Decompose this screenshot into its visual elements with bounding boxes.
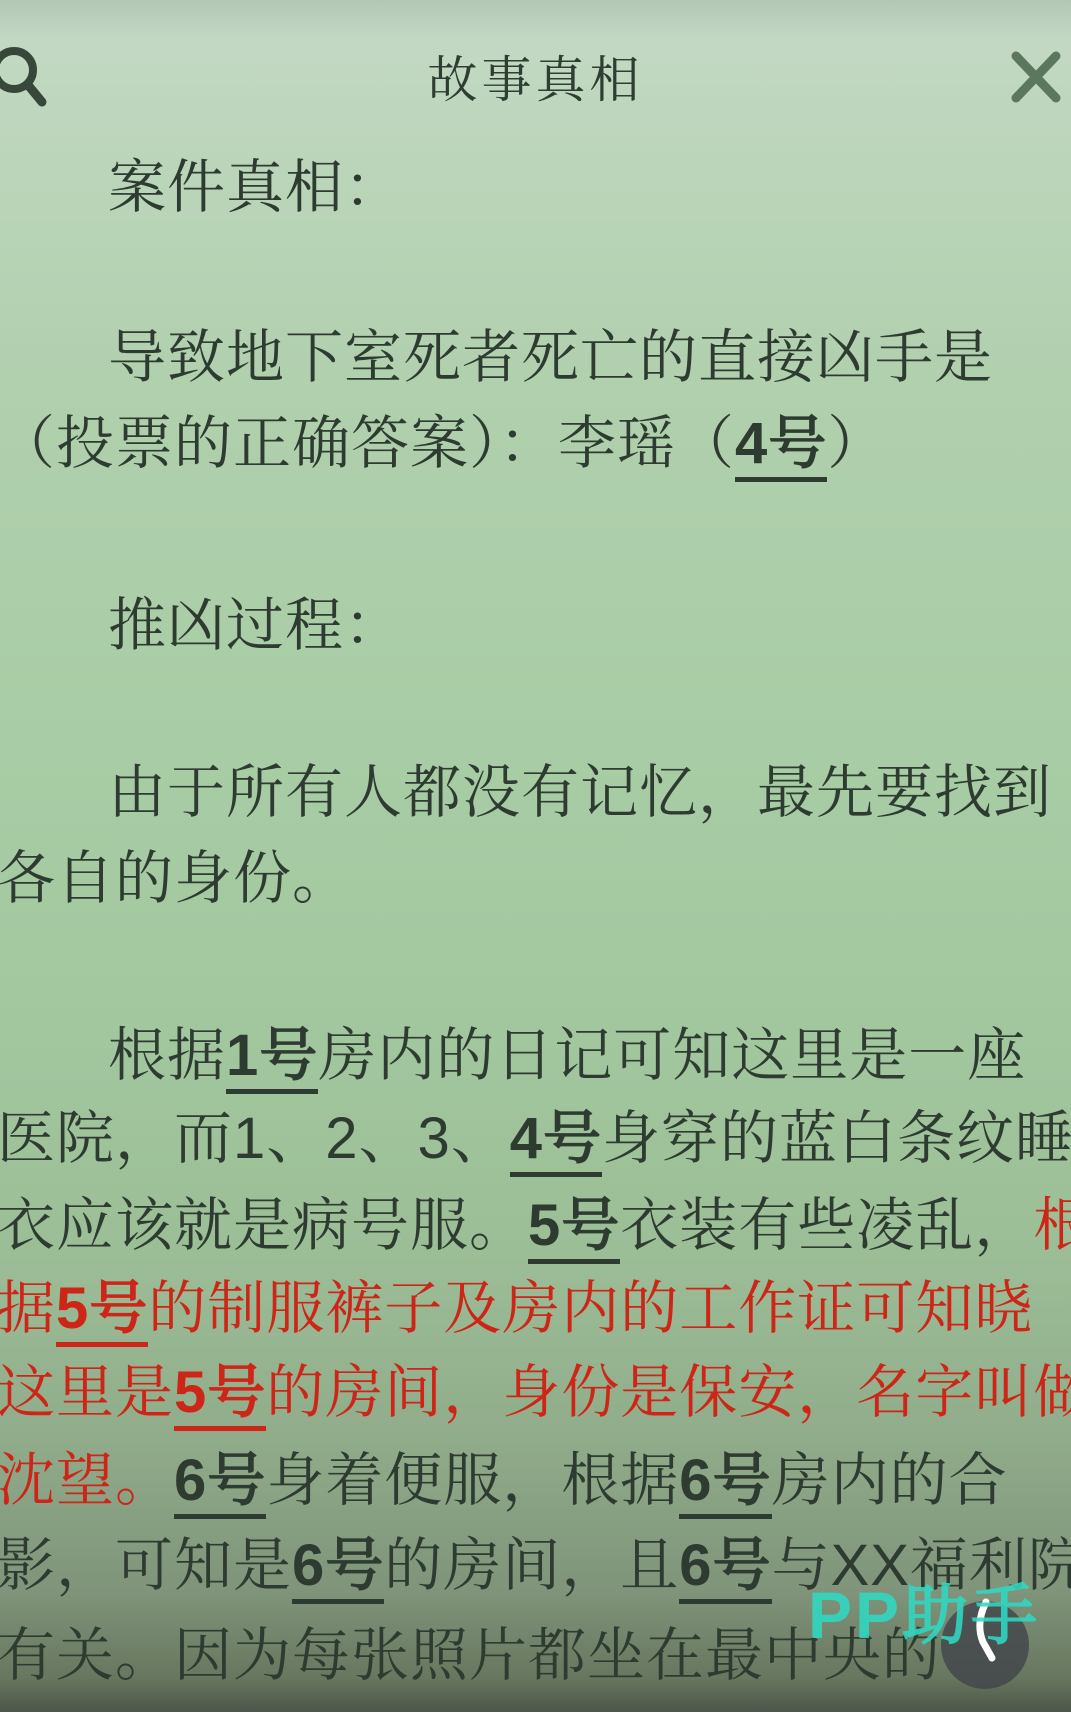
highlighted-number: 5号	[56, 1276, 148, 1347]
text-segment: 由于所有人都没有记忆，最先要找到	[108, 760, 1052, 825]
text-segment: 的制服裤子及房内的工作证可知晓	[148, 1276, 1033, 1341]
text-segment: 影，可知是	[0, 1533, 292, 1598]
text-segment: 根	[1033, 1193, 1071, 1258]
text-segment: 各自的身份。	[0, 846, 351, 911]
text-segment: 案件真相：	[108, 155, 403, 220]
text-segment: ）	[827, 411, 886, 476]
text-line: 沈望。6号身着便服，根据6号房内的合	[0, 1443, 1008, 1519]
text-line: 据5号的制服裤子及房内的工作证可知晓	[0, 1271, 1033, 1347]
watermark-label: PP助手	[808, 1562, 1040, 1657]
text-segment: 这里是	[0, 1360, 174, 1425]
highlighted-number: 6号	[292, 1533, 384, 1604]
text-segment: 根据	[108, 1023, 226, 1088]
highlighted-number: 6号	[679, 1533, 771, 1604]
text-segment: 沈望。	[0, 1448, 174, 1513]
text-segment: （投票的正确答案）：李瑶（	[0, 411, 735, 476]
text-segment: 导致地下室死者死亡的直接凶手是	[108, 325, 993, 390]
text-segment: 的房间，且	[384, 1533, 679, 1598]
text-segment: 有关。因为每张照片都坐在最中央的	[0, 1623, 941, 1688]
text-segment: 身着便服，根据	[266, 1448, 679, 1513]
text-line: 衣应该就是病号服。5号衣装有些凌乱，根	[0, 1188, 1071, 1264]
text-segment: 身穿的蓝白条纹睡	[602, 1106, 1071, 1171]
text-line: 医院，而1、2、3、4号身穿的蓝白条纹睡	[0, 1101, 1071, 1177]
text-line: 这里是5号的房间，身份是保安，名字叫做	[0, 1355, 1071, 1431]
text-line: 各自的身份。	[0, 841, 351, 917]
highlighted-number: 5号	[174, 1360, 266, 1431]
story-truth-page: 故事真相 案件真相：导致地下室死者死亡的直接凶手是（投票的正确答案）：李瑶（4号…	[0, 0, 1071, 1712]
highlighted-number: 4号	[735, 411, 827, 482]
highlighted-number: 4号	[510, 1106, 602, 1177]
text-line: 根据1号房内的日记可知这里是一座	[0, 1018, 1026, 1094]
highlighted-number: 6号	[174, 1448, 266, 1519]
text-line: 导致地下室死者死亡的直接凶手是	[0, 320, 993, 396]
text-segment: 房内的日记可知这里是一座	[318, 1023, 1026, 1088]
text-segment: 的房间，身份是保安，名字叫做	[266, 1360, 1071, 1425]
text-line: 案件真相：	[0, 150, 403, 226]
text-segment: 推凶过程：	[108, 593, 403, 658]
text-line: （投票的正确答案）：李瑶（4号）	[0, 406, 886, 482]
text-segment: 衣装有些凌乱，	[620, 1193, 1033, 1258]
text-line: 由于所有人都没有记忆，最先要找到	[0, 755, 1052, 831]
text-segment: 房内的合	[772, 1448, 1008, 1513]
page-title: 故事真相	[0, 40, 1071, 112]
highlighted-number: 6号	[679, 1448, 771, 1519]
text-line: 推凶过程：	[0, 588, 403, 664]
text-segment: 医院，而1、2、3、	[0, 1106, 510, 1171]
highlighted-number: 1号	[226, 1023, 318, 1094]
text-segment: 据	[0, 1276, 56, 1341]
highlighted-number: 5号	[528, 1193, 620, 1264]
text-segment: 衣应该就是病号服。	[0, 1193, 528, 1258]
close-icon[interactable]	[1004, 46, 1070, 110]
text-line: 有关。因为每张照片都坐在最中央的	[0, 1618, 941, 1694]
